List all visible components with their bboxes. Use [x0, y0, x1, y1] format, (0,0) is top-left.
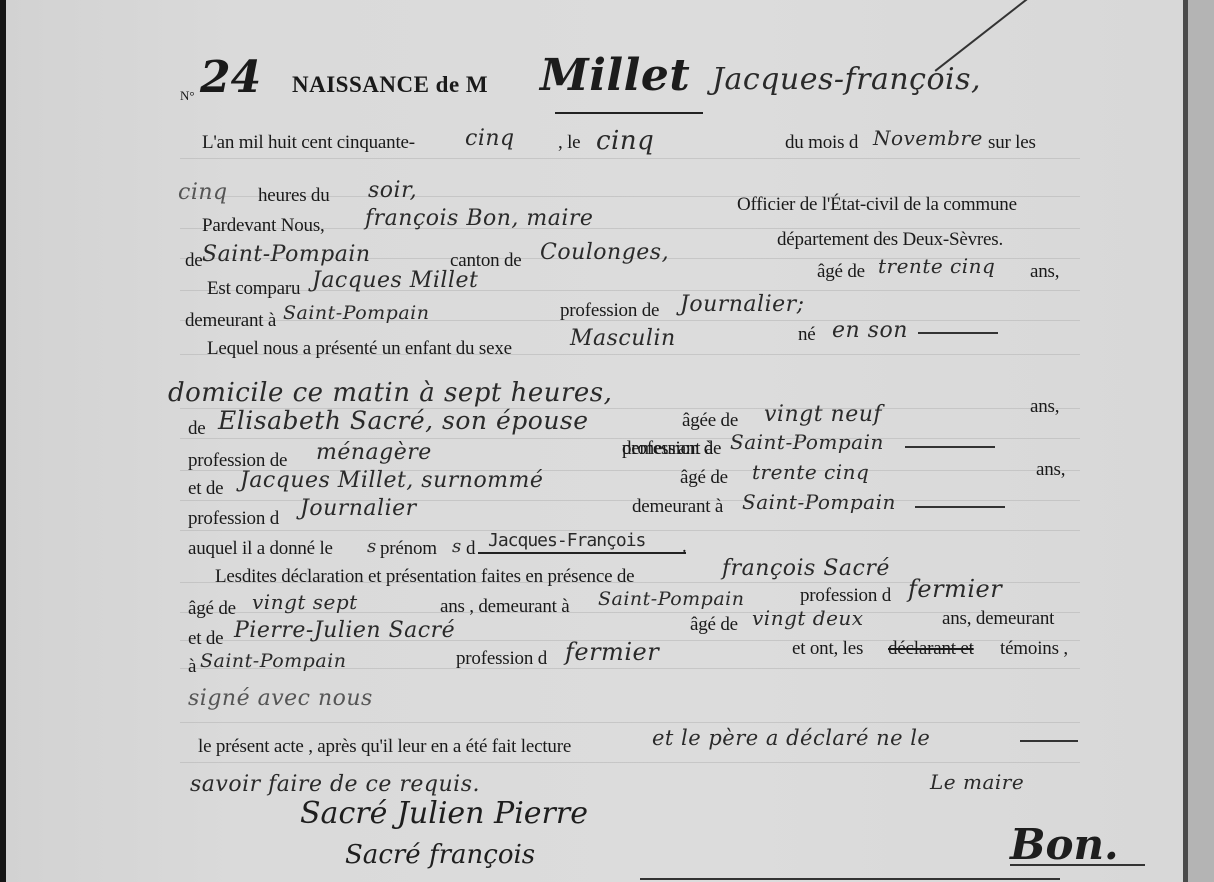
signature-witness-1: Sacré françois — [345, 840, 535, 870]
struck-through-text: déclarant et — [888, 638, 974, 660]
printed-text: témoins , — [1000, 638, 1068, 660]
title-flourish — [935, 0, 1030, 71]
line-filler — [1020, 740, 1078, 742]
handwritten-witness-2-profession: fermier — [565, 638, 659, 666]
handwritten-sex: Masculin — [570, 326, 676, 351]
handwritten-month: Novembre — [873, 126, 983, 150]
printed-text: et de — [188, 628, 223, 650]
handwritten-father-age: trente cinq — [752, 460, 869, 484]
handwritten-mother: Elisabeth Sacré, son épouse — [218, 406, 589, 435]
printed-text: auquel il a donné le — [188, 538, 333, 560]
line-filler — [918, 332, 998, 334]
handwritten-age: trente cinq — [878, 254, 995, 278]
handwritten-residence: Saint-Pompain — [283, 302, 430, 324]
printed-text: ans , demeurant à — [440, 596, 570, 618]
handwritten-officer: françois Bon, maire — [365, 206, 593, 231]
handwritten-mother-profession: ménagère — [316, 440, 432, 465]
printed-text: âgée de — [682, 410, 738, 432]
handwritten-unable-to-sign: savoir faire de ce requis. — [190, 772, 480, 797]
printed-text: le présent acte , après qu'il leur en a … — [198, 736, 571, 758]
ruling-line — [180, 722, 1080, 723]
handwritten-mother-residence: Saint-Pompain — [730, 430, 884, 454]
printed-text: du mois d — [785, 132, 858, 154]
handwritten-declarant: Jacques Millet — [312, 268, 478, 293]
line-filler — [905, 446, 995, 448]
signature-mayor: Bon. — [1010, 820, 1119, 869]
ruling-line — [180, 762, 1080, 763]
ruling-line — [180, 158, 1080, 159]
handwritten-witness-2: Pierre-Julien Sacré — [234, 618, 455, 643]
handwritten-commune: Saint-Pompain — [202, 242, 371, 267]
line-filler — [915, 506, 1005, 508]
record-number: 24 — [200, 52, 261, 103]
mayor-title: Le maire — [930, 770, 1024, 794]
handwritten-birthplace: en son — [832, 318, 908, 343]
printed-text: L'an mil huit cent cinquante- — [202, 132, 415, 154]
handwritten-father-declaration: et le père a déclaré ne le — [652, 726, 930, 750]
printed-text: profession d — [456, 648, 547, 670]
handwritten-canton: Coulonges, — [540, 240, 669, 265]
handwritten-witness-2-age: vingt deux — [752, 606, 864, 630]
subject-given-names: Jacques-françois, — [712, 62, 981, 97]
printed-text: Lequel nous a présenté un enfant du sexe — [207, 338, 512, 360]
printed-text: . — [682, 536, 687, 558]
printed-text: département des Deux-Sèvres. — [777, 229, 1003, 251]
handwritten-year: cinq — [465, 126, 515, 151]
printed-text: âgé de — [680, 467, 728, 489]
subject-surname: Millet — [540, 50, 690, 101]
printed-text: ans, demeurant — [942, 608, 1054, 630]
printed-text: ans, — [1036, 459, 1065, 481]
printed-text: et de — [188, 478, 223, 500]
document-title: NAISSANCE de M — [292, 72, 488, 98]
handwritten-plural-mark: s — [452, 536, 462, 557]
printed-text: sur les — [988, 132, 1036, 154]
printed-text: à — [188, 656, 196, 678]
printed-text: âgé de — [817, 261, 865, 283]
handwritten-father-profession: Journalier — [300, 496, 417, 521]
handwritten-plural-mark: s — [367, 536, 377, 557]
handwritten-witness-1-age: vingt sept — [252, 590, 358, 614]
printed-text: prénom — [380, 538, 437, 560]
left-page-edge — [0, 0, 6, 882]
printed-text: âgé de — [188, 598, 236, 620]
printed-text: demeurant à — [632, 496, 723, 518]
handwritten-witness-1-residence: Saint-Pompain — [598, 588, 745, 610]
handwritten-birth-details: domicile ce matin à sept heures, — [168, 378, 612, 408]
printed-text: ans, — [1030, 261, 1059, 283]
handwritten-father-residence: Saint-Pompain — [742, 490, 896, 514]
printed-text: ans, — [1030, 396, 1059, 418]
printed-text: âgé de — [690, 614, 738, 636]
signature-witness-2: Sacré Julien Pierre — [300, 796, 588, 831]
given-names-underline — [478, 552, 686, 554]
printed-text: Lesdites déclaration et présentation fai… — [215, 566, 634, 588]
printed-text: profession d — [800, 585, 891, 607]
printed-text: de — [188, 418, 206, 440]
handwritten-hour: cinq — [178, 180, 228, 205]
printed-text: profession de — [560, 300, 659, 322]
handwritten-profession: Journalier; — [680, 292, 805, 317]
handwritten-time-of-day: soir, — [368, 178, 417, 203]
printed-text: , le — [558, 132, 580, 154]
printed-text: et ont, les — [792, 638, 863, 660]
handwritten-day: cinq — [596, 126, 654, 156]
printed-text: d — [466, 538, 475, 560]
printed-text: demeurant à — [185, 310, 276, 332]
record-number-prefix: N° — [180, 88, 195, 104]
handwritten-father: Jacques Millet, surnommé — [240, 468, 543, 493]
handwritten-mother-age: vingt neuf — [764, 402, 882, 427]
printed-text: Officier de l'État-civil de la commune — [737, 194, 1017, 216]
right-margin — [1188, 0, 1214, 882]
register-page: N° 24 NAISSANCE de M Millet Jacques-fran… — [0, 0, 1186, 882]
printed-text: né — [798, 324, 816, 346]
printed-text: heures du — [258, 185, 330, 207]
printed-text: de — [185, 250, 203, 272]
printed-text: profession d — [188, 508, 279, 530]
surname-underline — [555, 112, 703, 114]
handwritten-signed-with-us: signé avec nous — [188, 686, 373, 711]
mayor-signature-flourish — [1010, 864, 1145, 866]
handwritten-witness-1-profession: fermier — [908, 575, 1002, 603]
handwritten-witness-2-residence: Saint-Pompain — [200, 650, 347, 672]
handwritten-given-names: Jacques-François — [488, 530, 645, 551]
handwritten-witness-1: françois Sacré — [722, 556, 890, 581]
printed-text: demeurant à — [622, 438, 713, 460]
printed-text: Pardevant Nous, — [202, 215, 325, 237]
closing-rule — [640, 878, 1060, 880]
printed-text: Est comparu — [207, 278, 300, 300]
